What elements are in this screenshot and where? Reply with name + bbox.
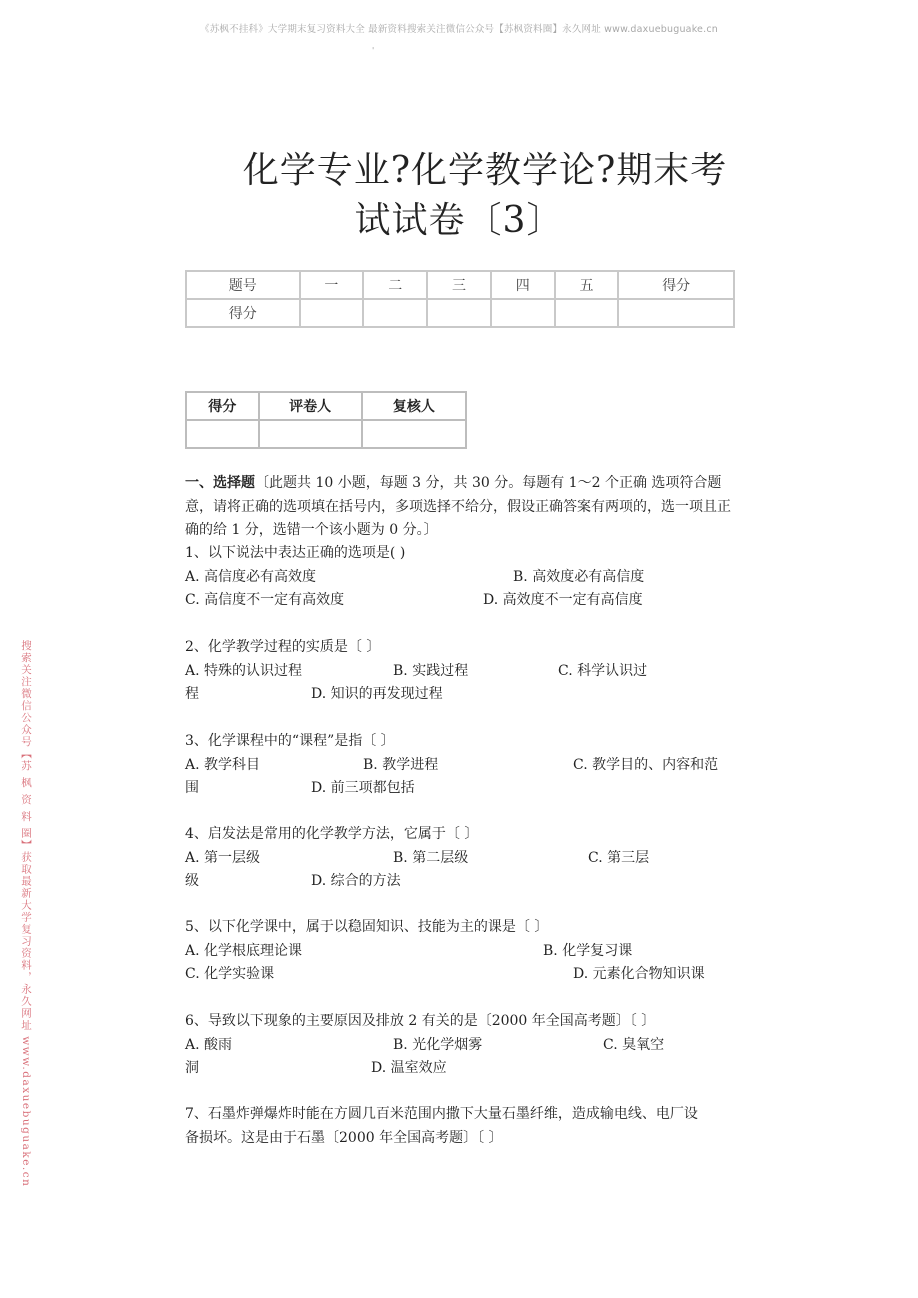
option-c-continued: 级 [185, 870, 199, 894]
option-row: 洞 D. 温室效应 [185, 1057, 745, 1081]
grader-header-cell: 评卷人 [259, 392, 362, 420]
score-cell[interactable] [555, 299, 619, 327]
grader-table-row [186, 420, 466, 448]
option-row: A. 特殊的认识过程 B. 实践过程 C. 科学认识过 [185, 660, 745, 684]
score-header-cell: 二 [363, 271, 427, 299]
score-row-label: 得分 [186, 299, 300, 327]
option-row: 级 D. 综合的方法 [185, 870, 745, 894]
question-6: 6、导致以下现象的主要原因及排放 2 有关的是〔2000 年全国高考题〕〔 〕 … [185, 1010, 745, 1081]
option-d[interactable]: D. 知识的再发现过程 [311, 683, 443, 707]
option-a[interactable]: A. 酸雨 [185, 1034, 232, 1058]
score-table: 题号 一 二 三 四 五 得分 得分 [185, 270, 735, 328]
question-stem: 3、化学课程中的“课程”是指〔 〕 [185, 730, 745, 754]
option-d[interactable]: D. 温室效应 [371, 1057, 447, 1081]
score-cell[interactable] [491, 299, 555, 327]
section-description: 〔此题共 10 小题，每题 3 分，共 30 分。每题有 1～2 个正确 选项符… [185, 475, 731, 538]
grader-cell[interactable] [362, 420, 466, 448]
question-stem: 6、导致以下现象的主要原因及排放 2 有关的是〔2000 年全国高考题〕〔 〕 [185, 1010, 745, 1034]
section-instructions: 一、选择题〔此题共 10 小题，每题 3 分，共 30 分。每题有 1～2 个正… [185, 472, 740, 543]
option-c-continued: 程 [185, 683, 199, 707]
option-c-continued: 围 [185, 777, 199, 801]
page-title-line2: 试试卷〔3〕 [0, 192, 918, 243]
option-a[interactable]: A. 高信度必有高效度 [185, 566, 316, 590]
header-watermark: 《苏枫不挂科》大学期末复习资料大全 最新资料搜索关注微信公众号【苏枫资料圈】永久… [0, 21, 918, 35]
score-header-cell: 四 [491, 271, 555, 299]
grader-cell[interactable] [259, 420, 362, 448]
option-a[interactable]: A. 教学科目 [185, 754, 260, 778]
question-stem: 2、化学教学过程的实质是〔 〕 [185, 636, 745, 660]
score-table-row: 得分 [186, 299, 734, 327]
grader-table-header-row: 得分 评卷人 复核人 [186, 392, 466, 420]
question-stem: 1、以下说法中表达正确的选项是( ) [185, 542, 745, 566]
grader-table: 得分 评卷人 复核人 [185, 391, 467, 449]
option-c[interactable]: C. 化学实验课 [185, 963, 274, 987]
option-c[interactable]: C. 第三层 [588, 847, 649, 871]
score-header-cell: 得分 [618, 271, 734, 299]
option-row: C. 化学实验课 D. 元素化合物知识课 [185, 963, 745, 987]
question-3: 3、化学课程中的“课程”是指〔 〕 A. 教学科目 B. 教学进程 C. 教学目… [185, 730, 745, 801]
option-c[interactable]: C. 高信度不一定有高效度 [185, 589, 344, 613]
option-c[interactable]: C. 臭氧空 [603, 1034, 664, 1058]
option-b[interactable]: B. 光化学烟雾 [393, 1034, 482, 1058]
question-4: 4、启发法是常用的化学教学方法，它属于〔 〕 A. 第一层级 B. 第二层级 C… [185, 823, 745, 894]
option-b[interactable]: B. 教学进程 [363, 754, 438, 778]
option-b[interactable]: B. 化学复习课 [543, 940, 632, 964]
option-a[interactable]: A. 第一层级 [185, 847, 260, 871]
option-b[interactable]: B. 高效度必有高信度 [513, 566, 644, 590]
score-header-cell: 题号 [186, 271, 300, 299]
side-watermark: 搜索关注微信公众号【苏 枫 资 料 圈】获取最新大学复习资料，永久网址 www.… [18, 640, 34, 1187]
option-d[interactable]: D. 综合的方法 [311, 870, 401, 894]
section-heading: 一、选择题 [185, 475, 255, 491]
question-5: 5、以下化学课中，属于以稳固知识、技能为主的课是〔 〕 A. 化学根底理论课 B… [185, 916, 745, 987]
option-row: A. 教学科目 B. 教学进程 C. 教学目的、内容和范 [185, 754, 745, 778]
option-d[interactable]: D. 高效度不一定有高信度 [483, 589, 643, 613]
question-1: 1、以下说法中表达正确的选项是( ) A. 高信度必有高效度 B. 高效度必有高… [185, 542, 745, 613]
option-row: C. 高信度不一定有高效度 D. 高效度不一定有高信度 [185, 589, 745, 613]
option-row: A. 第一层级 B. 第二层级 C. 第三层 [185, 847, 745, 871]
option-row: A. 酸雨 B. 光化学烟雾 C. 臭氧空 [185, 1034, 745, 1058]
score-header-cell: 一 [300, 271, 364, 299]
score-table-header-row: 题号 一 二 三 四 五 得分 [186, 271, 734, 299]
option-b[interactable]: B. 实践过程 [393, 660, 468, 684]
option-d[interactable]: D. 前三项都包括 [311, 777, 415, 801]
header-mark: ' [372, 46, 374, 55]
question-stem-line1: 7、石墨炸弹爆炸时能在方圆几百米范围内撒下大量石墨纤维，造成输电线、电厂设 [185, 1103, 745, 1127]
question-2: 2、化学教学过程的实质是〔 〕 A. 特殊的认识过程 B. 实践过程 C. 科学… [185, 636, 745, 707]
page-title-line1: 化学专业?化学教学论?期末考 [26, 142, 918, 193]
option-row: A. 高信度必有高效度 B. 高效度必有高信度 [185, 566, 745, 590]
option-b[interactable]: B. 第二层级 [393, 847, 468, 871]
option-a[interactable]: A. 特殊的认识过程 [185, 660, 302, 684]
option-c[interactable]: C. 教学目的、内容和范 [573, 754, 718, 778]
grader-header-cell: 复核人 [362, 392, 466, 420]
option-row: 程 D. 知识的再发现过程 [185, 683, 745, 707]
score-cell[interactable] [300, 299, 364, 327]
option-d[interactable]: D. 元素化合物知识课 [573, 963, 705, 987]
option-row: 围 D. 前三项都包括 [185, 777, 745, 801]
score-cell[interactable] [363, 299, 427, 327]
score-cell[interactable] [618, 299, 734, 327]
question-stem: 5、以下化学课中，属于以稳固知识、技能为主的课是〔 〕 [185, 916, 745, 940]
score-cell[interactable] [427, 299, 491, 327]
grader-cell[interactable] [186, 420, 259, 448]
question-7: 7、石墨炸弹爆炸时能在方圆几百米范围内撒下大量石墨纤维，造成输电线、电厂设 备损… [185, 1103, 745, 1150]
option-c-continued: 洞 [185, 1057, 199, 1081]
score-header-cell: 五 [555, 271, 619, 299]
option-c[interactable]: C. 科学认识过 [558, 660, 647, 684]
score-header-cell: 三 [427, 271, 491, 299]
grader-header-cell: 得分 [186, 392, 259, 420]
option-row: A. 化学根底理论课 B. 化学复习课 [185, 940, 745, 964]
question-stem: 4、启发法是常用的化学教学方法，它属于〔 〕 [185, 823, 745, 847]
question-stem-line2: 备损坏。这是由于石墨〔2000 年全国高考题〕〔 〕 [185, 1127, 745, 1151]
option-a[interactable]: A. 化学根底理论课 [185, 940, 302, 964]
